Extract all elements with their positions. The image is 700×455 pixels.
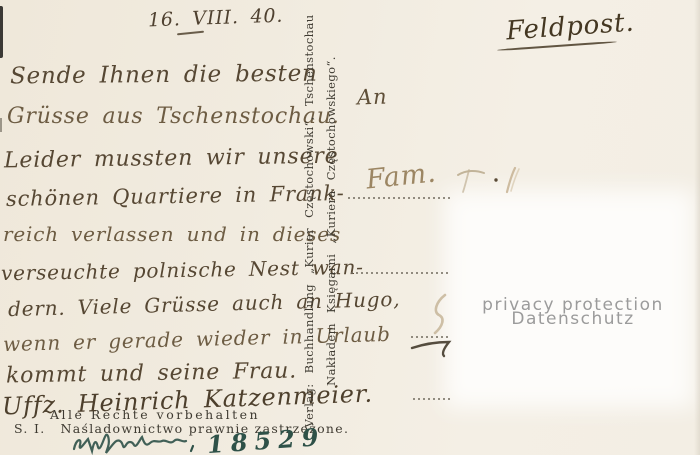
address-family: Fam. xyxy=(365,159,438,193)
scan-edge-artifact xyxy=(0,6,3,58)
faint-erased-handwriting xyxy=(452,162,532,197)
handwritten-date: 16. VIII. 40. xyxy=(148,7,284,31)
message-line: Leider mussten wir unsere xyxy=(4,146,339,173)
message-line: Sende Ihnen die besten xyxy=(10,63,318,89)
privacy-watermark: privacy protection Datenschutz xyxy=(448,299,698,326)
message-line: schönen Quartiere in Frank- xyxy=(6,183,345,210)
scan-edge-shading xyxy=(694,0,700,455)
publisher-imprint-german: Verlag: Buchhandlung „Kurier Częstochows… xyxy=(304,6,320,436)
publisher-imprint-polish: Nakładem Księgarni „Kuriera Częstochowsk… xyxy=(326,6,342,436)
message-line: Grüsse aus Tschenstochau. xyxy=(7,106,340,128)
scan-edge-artifact xyxy=(0,118,2,132)
address-an: An xyxy=(357,86,388,108)
postcard-back-scan: 16. VIII. 40. Sende Ihnen die besten Grü… xyxy=(0,0,700,455)
message-line: reich verlassen und in dieses xyxy=(3,224,341,244)
collector-scribble-handwriting xyxy=(70,431,210,455)
address-dotted-line xyxy=(348,197,452,199)
feldpost-label: Feldpost. xyxy=(505,10,635,45)
address-dotted-line xyxy=(351,272,451,274)
address-dotted-line xyxy=(413,398,450,400)
series-mark: S. I. xyxy=(14,421,45,436)
date-underline xyxy=(177,31,204,36)
